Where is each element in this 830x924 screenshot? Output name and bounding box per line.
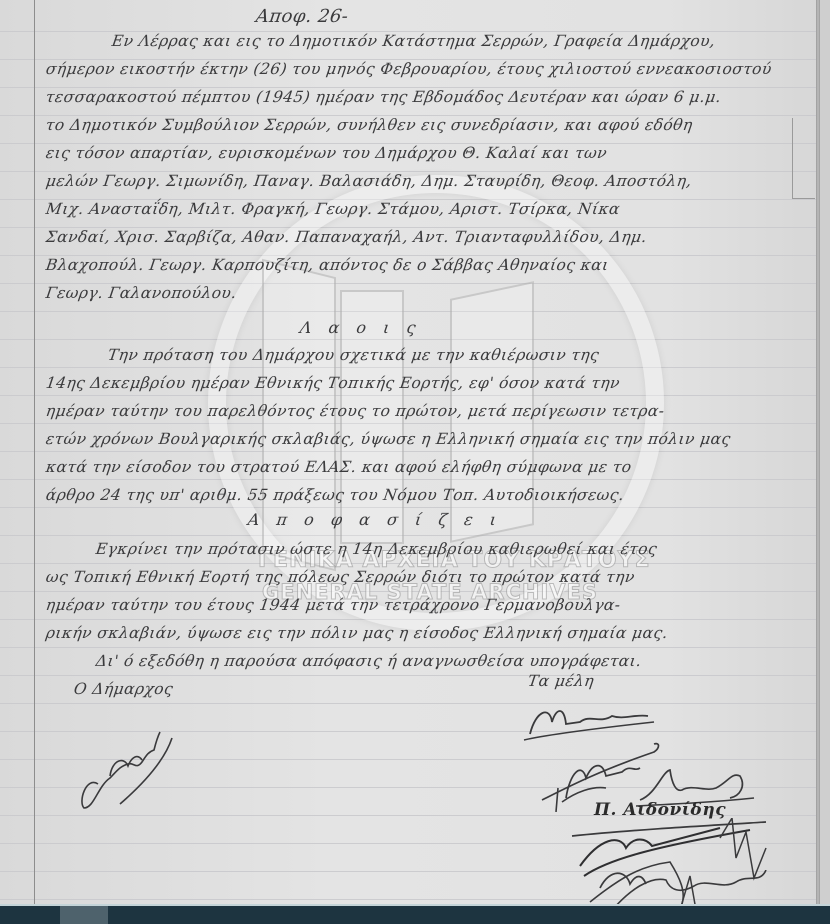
text-line: άρθρο 24 της υπ' αριθμ. 55 πράξεως του Ν… [45, 486, 626, 504]
text-line: ημέραν ταύτην του παρελθόντος έτους το π… [45, 402, 666, 420]
text-line: το Δημοτικόν Συμβούλιον Σερρών, συνήλθεν… [45, 116, 694, 134]
text-line: ημέραν ταύτην του έτους 1944 μετά την τε… [45, 596, 622, 614]
text-line: Σανδαί, Χρισ. Σαρβίζα, Αθαν. Παπαναχαήλ,… [45, 228, 648, 246]
mayor-label: Ο Δήμαρχος [73, 680, 175, 698]
binding-edge [816, 0, 820, 904]
text-line: ρικήν σκλαβιάν, ύψωσε εις την πόλιν μας … [45, 624, 669, 642]
mayor-signature [76, 712, 186, 812]
text-line: ως Τοπική Εθνική Εορτή της πόλεως Σερρών… [45, 568, 636, 586]
margin-bracket-mark [792, 118, 815, 199]
text-line: Την πρόταση του Δημάρχου σχετικά με την … [107, 346, 601, 364]
left-margin-line [34, 0, 35, 904]
text-line: κατά την είσοδον του στρατού ΕΛΑΣ. και α… [45, 458, 633, 476]
text-line: μελών Γεωργ. Σιμωνίδη, Παναγ. Βαλασιάδη,… [45, 172, 693, 190]
text-line: σήμερον εικοστήν έκτην (26) του μηνός Φε… [45, 60, 773, 78]
text-line: Μιχ. Ανασταΐδη, Μιλτ. Φραγκή, Γεωργ. Στά… [45, 200, 622, 218]
text-line: Δι' ό εξεδόθη η παρούσα απόφασις ή αναγν… [95, 652, 643, 670]
text-line: εις τόσον απαρτίαν, ευρισκομένων του Δημ… [45, 144, 609, 162]
section-heading: Λ α ο ι ς [299, 318, 423, 337]
scanned-document-page: ΓΕΝΙΚΑ ΑΡΧΕΙΑ ΤΟΥ ΚΡΑΤΟΥΣ GENERAL STATE … [0, 0, 830, 904]
text-line: 14ης Δεκεμβρίου ημέραν Εθνικής Τοπικής Ε… [45, 374, 621, 392]
text-line: τεσσαρακοστού πέμπτου (1945) ημέραν της … [45, 88, 723, 106]
section-heading: Α π ο φ α σ ί ζ ε ι [247, 510, 504, 529]
text-line: Εγκρίνει την πρότασιν ώστε η 14η Δεκεμβρ… [95, 540, 659, 558]
viewer-toolbar-tab[interactable] [60, 906, 108, 924]
text-line: Εν Λέρρας και εις το Δημοτικόν Κατάστημα… [111, 32, 717, 50]
decision-number-title: Αποφ. 26- [255, 6, 350, 27]
text-line: Γεωργ. Γαλανοπούλου. [45, 284, 238, 302]
viewer-toolbar [0, 904, 830, 924]
members-label: Τα μέλη [527, 672, 596, 690]
page-edge [820, 0, 830, 904]
text-line: ετών χρόνων Βουλγαρικής σκλαβιάς, ύψωσε … [45, 430, 732, 448]
member-signature [610, 870, 770, 904]
text-line: Βλαχοπούλ. Γεωργ. Καρπουζίτη, απόντος δε… [45, 256, 610, 274]
printed-signature-name: Π. Αιδονίδης [594, 800, 726, 820]
